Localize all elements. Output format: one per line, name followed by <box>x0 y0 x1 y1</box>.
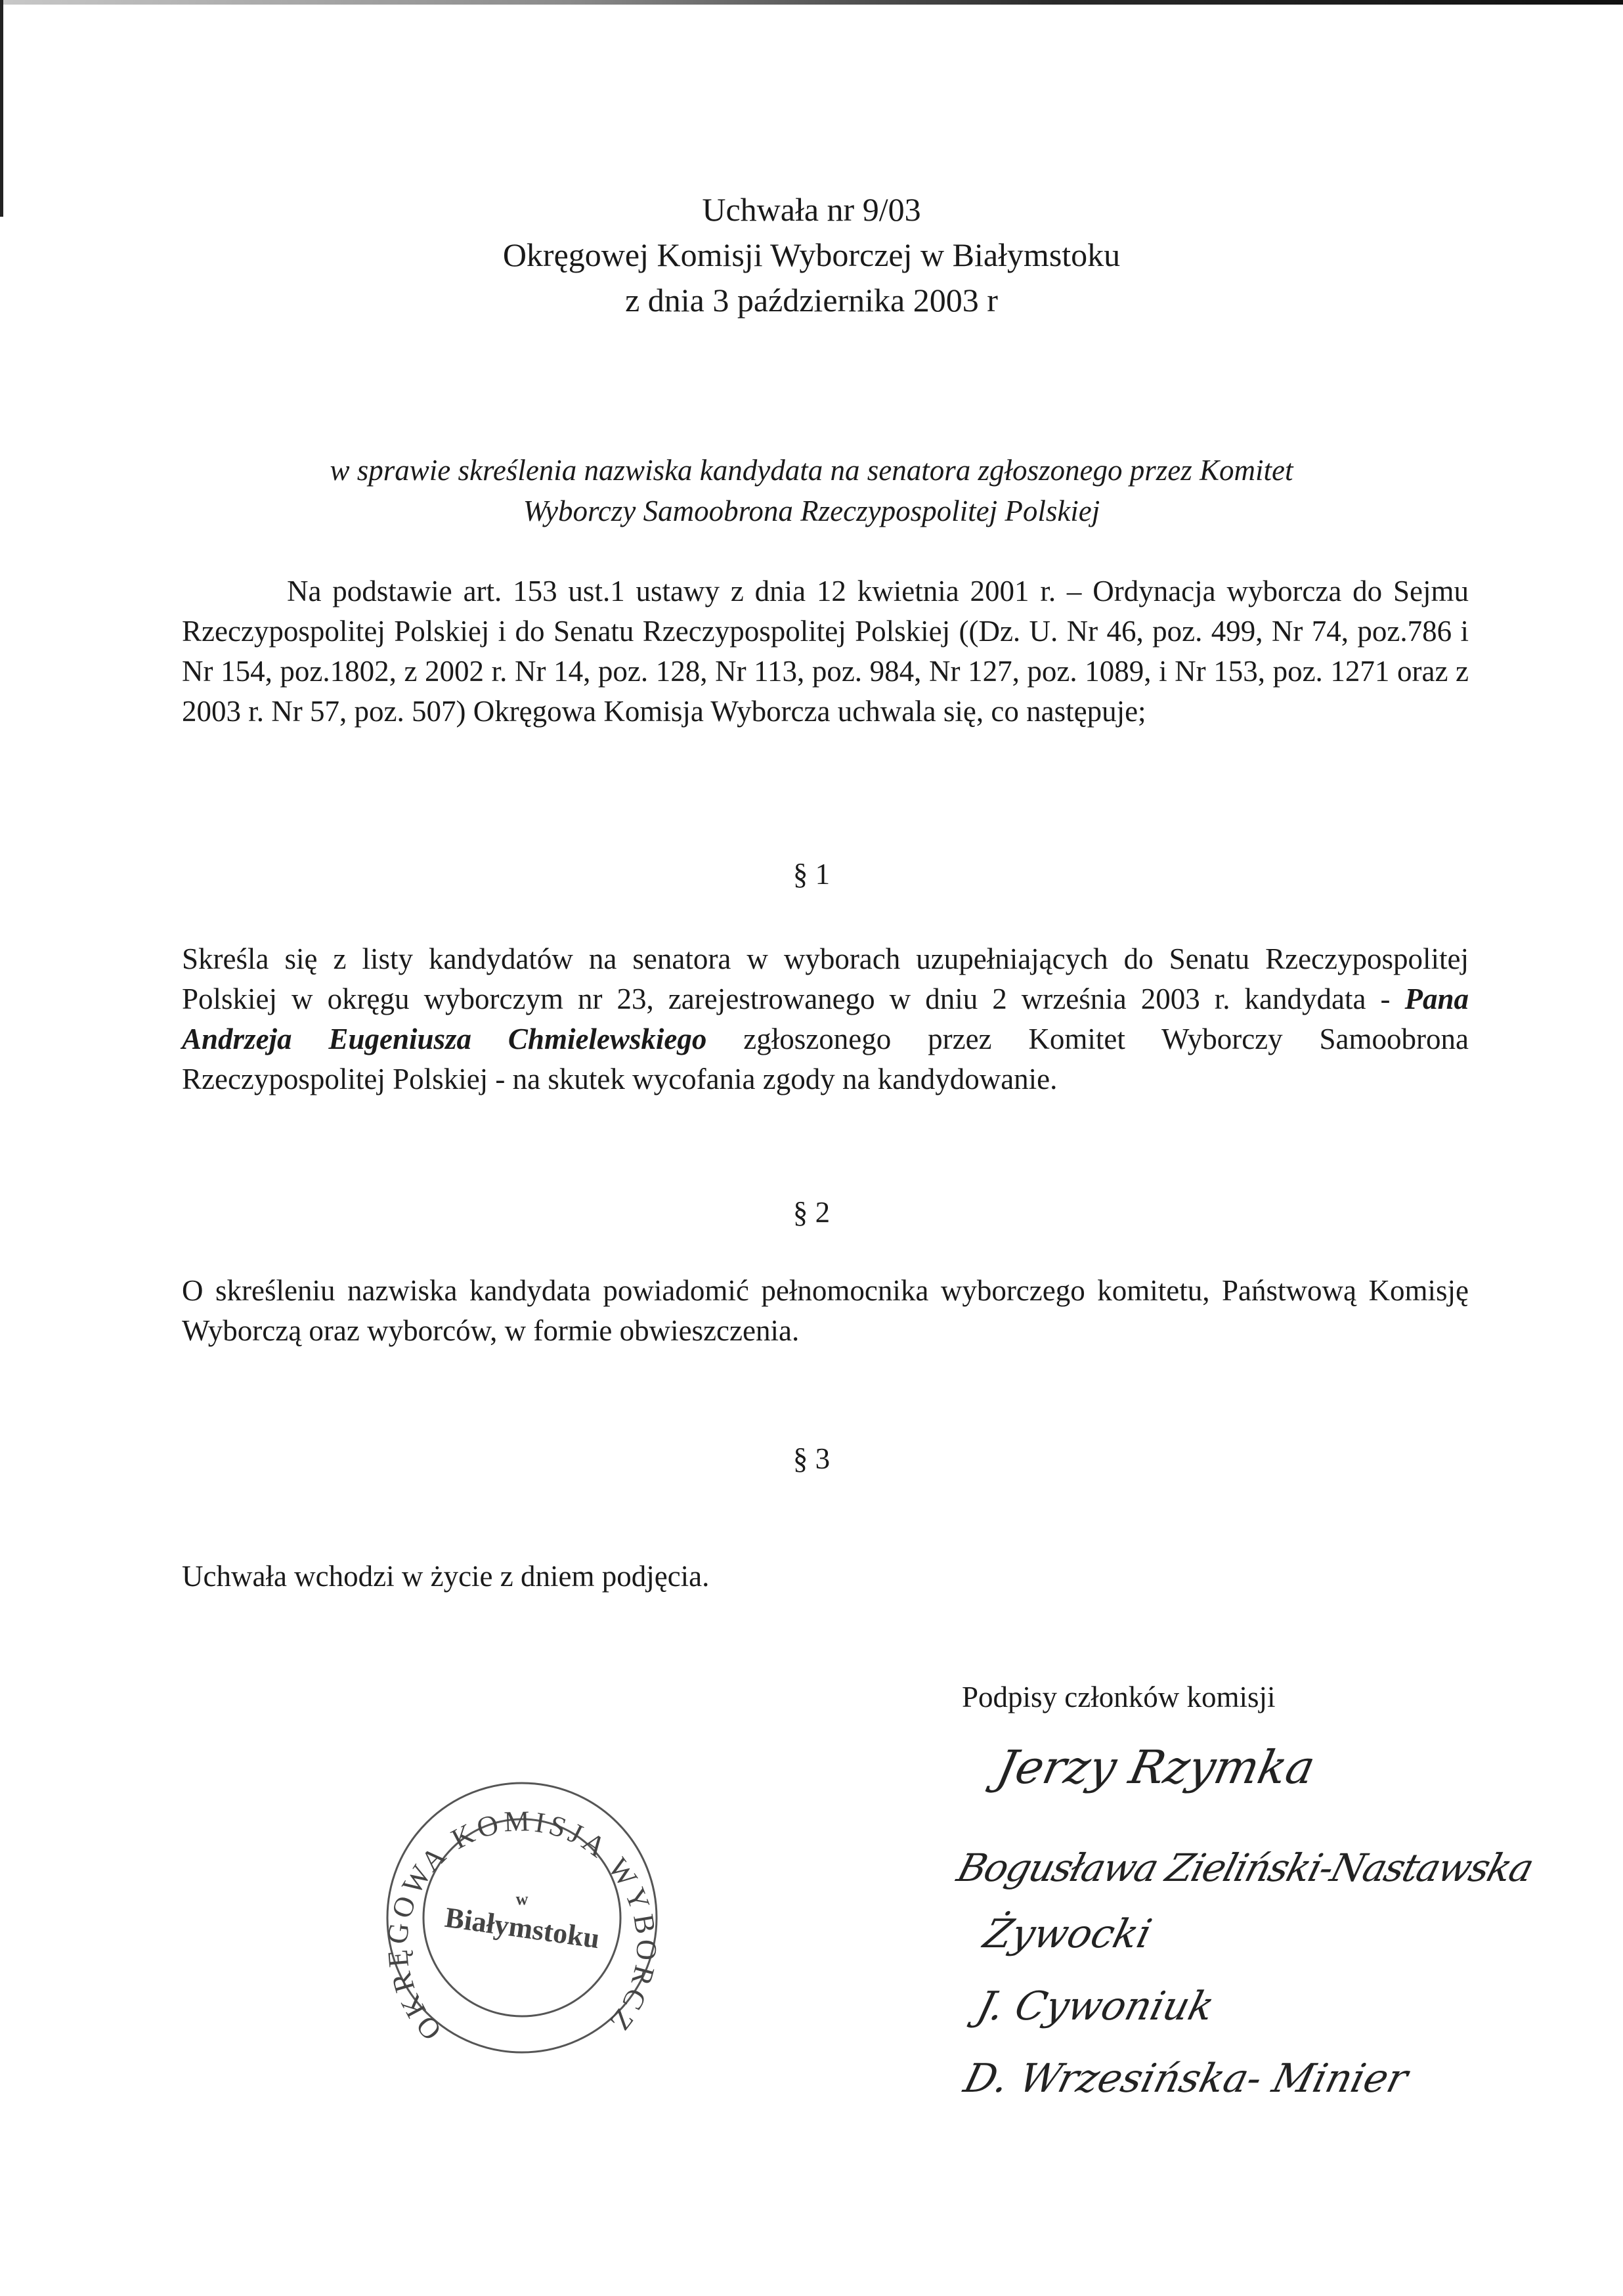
stamp-center-city: Białymstoku <box>443 1901 602 1955</box>
subject-line: Wyborczy Samoobrona Rzeczypospolitej Pol… <box>0 491 1623 531</box>
section-3-text: Uchwała wchodzi w życie z dniem podjęcia… <box>182 1556 1469 1597</box>
section-mark-2: § 2 <box>0 1195 1623 1229</box>
scan-edge-top <box>0 0 1623 5</box>
resolution-number: Uchwała nr 9/03 <box>0 187 1623 232</box>
section-text: Skreśla się z listy kandydatów na senato… <box>182 942 1469 1015</box>
stamp-seal-icon: OKRĘGOWA KOMISJA WYBORCZA w Białymstoku <box>378 1773 666 2062</box>
scan-edge-left <box>0 0 3 217</box>
section-mark-1: § 1 <box>0 857 1623 891</box>
issuing-body: Okręgowej Komisji Wyborczej w Białymstok… <box>0 232 1623 278</box>
signature: J. Cywoniuk <box>972 1983 1219 2029</box>
resolution-date: z dnia 3 października 2003 r <box>0 278 1623 323</box>
stamp-center-small: w <box>516 1889 529 1909</box>
section-mark-3: § 3 <box>0 1442 1623 1476</box>
section-1-text: Skreśla się z listy kandydatów na senato… <box>182 939 1469 1099</box>
signature: Bogusława Zieliński-Nastawska <box>953 1845 1538 1890</box>
signature: Jerzy Rzymka <box>992 1740 1320 1794</box>
resolution-subject: w sprawie skreślenia nazwiska kandydata … <box>0 450 1623 531</box>
section-2-text: O skreśleniu nazwiska kandydata powiadom… <box>182 1271 1469 1351</box>
signatures-label: Podpisy członków komisji <box>962 1680 1276 1714</box>
signature: D. Wrzesińska- Minier <box>959 2056 1412 2102</box>
signature: Żywocki <box>979 1911 1156 1957</box>
commission-stamp: OKRĘGOWA KOMISJA WYBORCZA w Białymstoku <box>378 1773 666 2062</box>
resolution-header: Uchwała nr 9/03 Okręgowej Komisji Wyborc… <box>0 187 1623 323</box>
subject-line: w sprawie skreślenia nazwiska kandydata … <box>0 450 1623 491</box>
legal-basis-paragraph: Na podstawie art. 153 ust.1 ustawy z dni… <box>182 571 1469 732</box>
